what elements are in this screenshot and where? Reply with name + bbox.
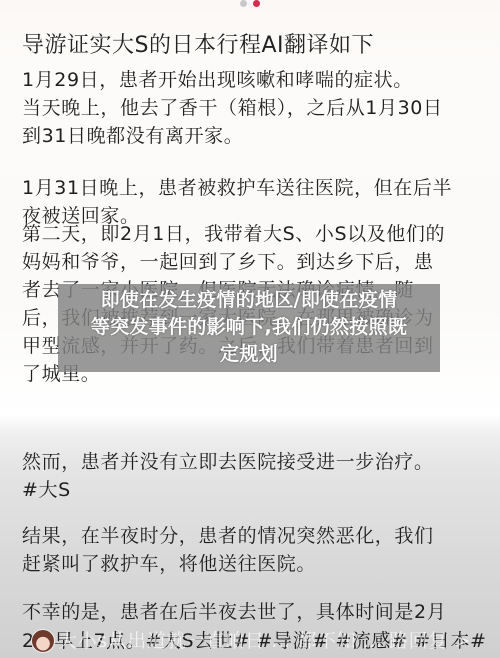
paragraph-result: 结果，在半夜时分，患者的情况突然恶化，我们 赶紧叫了救护车，将他送往医院。 — [22, 522, 482, 578]
carousel-dot-2[interactable] — [253, 0, 260, 7]
comment-danmaku[interactable]: 大小s从出道就一直咱日 … 都不知 … 路回复 > — [58, 627, 471, 655]
post-title: 导游证实大S的日本行程AI翻译如下 — [22, 28, 374, 59]
paragraph-death: 不幸的是，患者在后半夜去世了，具体时间是2月 — [22, 598, 482, 626]
paragraph-however: 然而，患者并没有立即去医院接受进一步治疗。 #大S — [22, 448, 482, 504]
overlay-banner-text: 即使在发生疫情的地区/即使在疫情 等突发事件的影响下,我们仍然按照既 定规划 — [58, 287, 440, 368]
bottom-caption-row: 2日早上7点。#大S去世# #导游# #流感# #日本# 大小s从出道就一直咱日… — [22, 627, 492, 655]
paragraph-jan29: 1月29日，患者开始出现咳嗽和哮喘的症状。 当天晚上，他去了香干（箱根），之后从… — [22, 66, 482, 150]
avatar-icon[interactable] — [31, 629, 55, 653]
carousel-pager — [0, 0, 500, 10]
carousel-dot-1[interactable] — [240, 0, 247, 7]
